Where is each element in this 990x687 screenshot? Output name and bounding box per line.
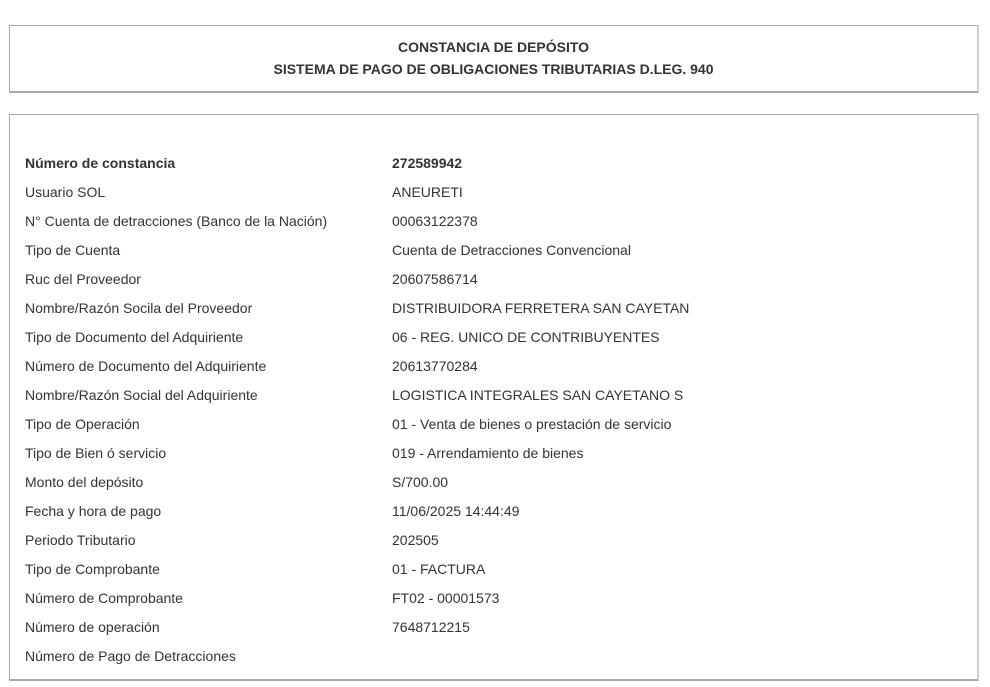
detail-value: 06 - REG. UNICO DE CONTRIBUYENTES	[392, 329, 660, 345]
detail-row: Usuario SOLANEURETI	[10, 182, 977, 211]
detail-row: Tipo de Operación01 - Venta de bienes o …	[10, 414, 977, 443]
detail-value: 20607586714	[392, 271, 478, 287]
detail-row: Número de Documento del Adquiriente20613…	[10, 356, 977, 385]
detail-row: Tipo de Bien ó servicio019 - Arrendamien…	[10, 443, 977, 472]
detail-value: ANEURETI	[392, 184, 463, 200]
detail-label: Número de Pago de Detracciones	[25, 648, 236, 664]
detail-label: Fecha y hora de pago	[25, 503, 161, 519]
detail-row: Número de constancia272589942	[10, 153, 977, 182]
detail-label: Tipo de Cuenta	[25, 242, 120, 258]
detail-label: Monto del depósito	[25, 474, 143, 490]
detail-row: Nombre/Razón Socila del ProveedorDISTRIB…	[10, 298, 977, 327]
detail-row: Tipo de CuentaCuenta de Detracciones Con…	[10, 240, 977, 269]
detail-label: Nombre/Razón Social del Adquiriente	[25, 387, 258, 403]
detail-label: Número de constancia	[25, 155, 175, 171]
detail-row: Periodo Tributario202505	[10, 530, 977, 559]
detail-value: 00063122378	[392, 213, 478, 229]
detail-value: 20613770284	[392, 358, 478, 374]
detail-label: Ruc del Proveedor	[25, 271, 141, 287]
detail-row: Número de Pago de Detracciones	[10, 646, 977, 675]
document-title: CONSTANCIA DE DEPÓSITO	[10, 39, 977, 55]
detail-label: Tipo de Operación	[25, 416, 140, 432]
detail-value: 11/06/2025 14:44:49	[392, 503, 519, 519]
detail-label: Periodo Tributario	[25, 532, 136, 548]
header-panel: CONSTANCIA DE DEPÓSITO SISTEMA DE PAGO D…	[9, 25, 979, 93]
detail-row: Monto del depósitoS/700.00	[10, 472, 977, 501]
detail-label: Número de operación	[25, 619, 160, 635]
detail-row: N° Cuenta de detracciones (Banco de la N…	[10, 211, 977, 240]
detail-row: Tipo de Documento del Adquiriente06 - RE…	[10, 327, 977, 356]
detail-label: Tipo de Bien ó servicio	[25, 445, 166, 461]
detail-label: Número de Documento del Adquiriente	[25, 358, 266, 374]
detail-value: S/700.00	[392, 474, 448, 490]
detail-label: Número de Comprobante	[25, 590, 183, 606]
detail-label: N° Cuenta de detracciones (Banco de la N…	[25, 213, 327, 229]
detail-value: 272589942	[392, 155, 462, 171]
detail-value: 01 - Venta de bienes o prestación de ser…	[392, 416, 671, 432]
document-subtitle: SISTEMA DE PAGO DE OBLIGACIONES TRIBUTAR…	[10, 61, 977, 77]
detail-value: DISTRIBUIDORA FERRETERA SAN CAYETAN	[392, 300, 689, 316]
detail-row: Nombre/Razón Social del AdquirienteLOGIS…	[10, 385, 977, 414]
detail-label: Usuario SOL	[25, 184, 105, 200]
detail-row: Fecha y hora de pago11/06/2025 14:44:49	[10, 501, 977, 530]
detail-value: 019 - Arrendamiento de bienes	[392, 445, 583, 461]
detail-label: Tipo de Documento del Adquiriente	[25, 329, 243, 345]
detail-value: LOGISTICA INTEGRALES SAN CAYETANO S	[392, 387, 683, 403]
detail-value: 202505	[392, 532, 439, 548]
detail-row: Ruc del Proveedor20607586714	[10, 269, 977, 298]
detail-value: FT02 - 00001573	[392, 590, 499, 606]
detail-row: Tipo de Comprobante01 - FACTURA	[10, 559, 977, 588]
detail-value: 01 - FACTURA	[392, 561, 485, 577]
details-list: Número de constancia272589942Usuario SOL…	[10, 153, 977, 675]
detail-label: Tipo de Comprobante	[25, 561, 160, 577]
detail-value: 7648712215	[392, 619, 470, 635]
detail-value: Cuenta de Detracciones Convencional	[392, 242, 631, 258]
details-panel: Número de constancia272589942Usuario SOL…	[9, 114, 979, 681]
detail-row: Número de ComprobanteFT02 - 00001573	[10, 588, 977, 617]
detail-label: Nombre/Razón Socila del Proveedor	[25, 300, 252, 316]
detail-row: Número de operación7648712215	[10, 617, 977, 646]
